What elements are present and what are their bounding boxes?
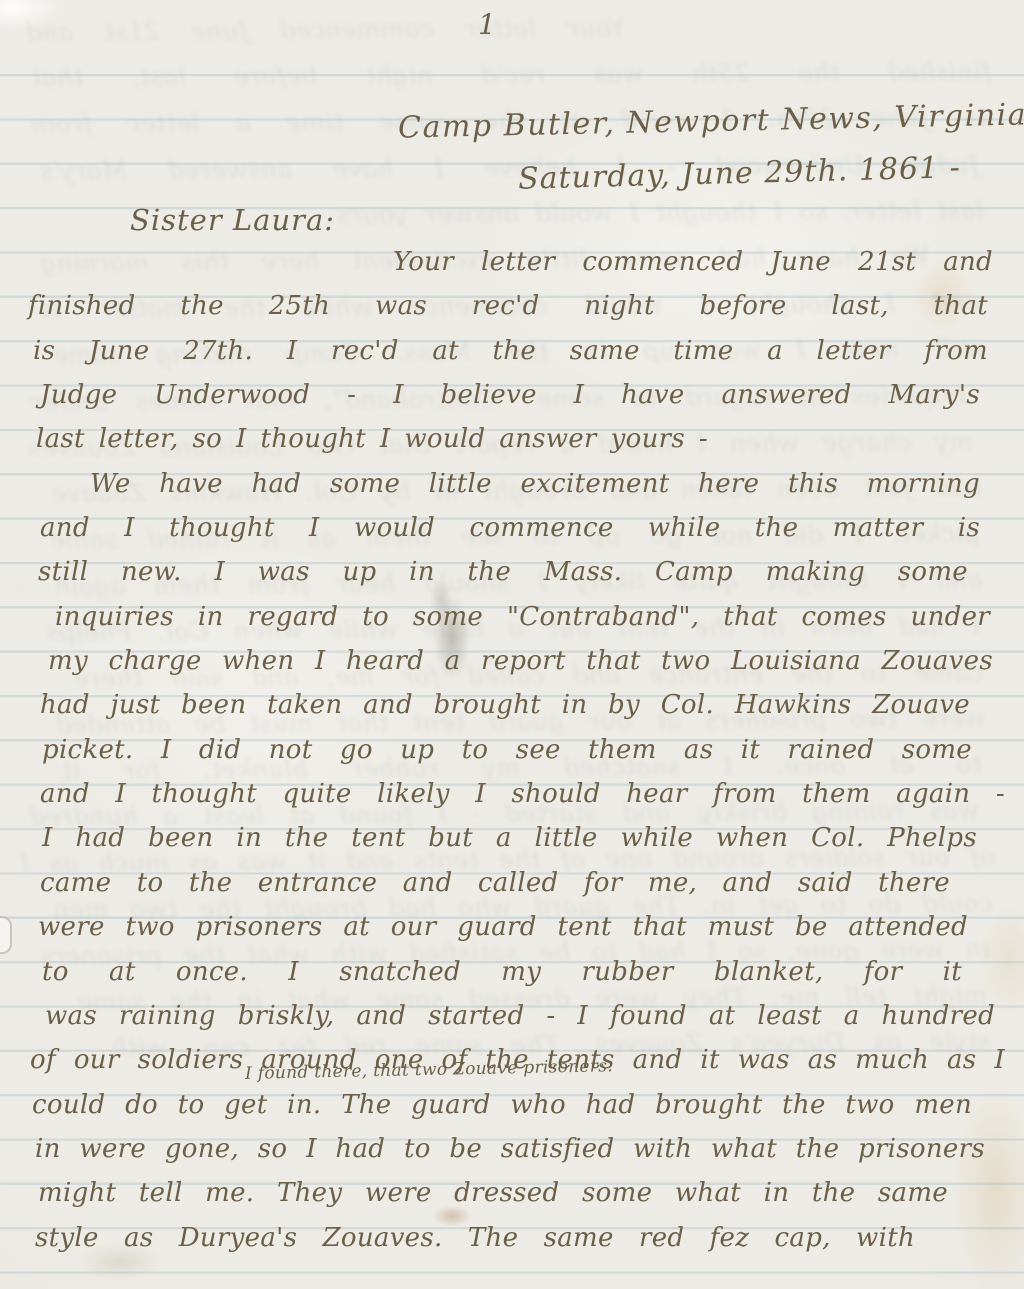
letter-line: inquiries in regard to some "Contraband"…: [55, 595, 990, 639]
letter-line: I had been in the tent but a little whil…: [42, 816, 977, 860]
letter-line: still new. I was up in the Mass. Camp ma…: [38, 550, 968, 594]
page-number: 1: [478, 8, 496, 41]
letter-line: finished the 25th was rec'd night before…: [28, 284, 988, 328]
letter-line: could do to get in. The guard who had br…: [32, 1083, 972, 1127]
letter-line: picket. I did not go up to see them as i…: [42, 728, 972, 772]
letter-line: had just been taken and brought in by Co…: [40, 683, 970, 727]
bleedthrough-line: finished the 25th was rec'd night before…: [31, 49, 991, 102]
letter-line: might tell me. They were dressed some wh…: [38, 1171, 948, 1215]
letter-line: came to the entrance and called for me, …: [40, 861, 950, 905]
bleedthrough-line: last letter, so I thought I would answer…: [312, 187, 984, 238]
letter-line: We have had some little excitement here …: [90, 462, 980, 506]
heading-date: Saturday, June 29th. 1861 -: [518, 150, 962, 197]
letter-page: Your letter commenced June 21st and fini…: [0, 0, 1024, 1289]
letter-line: to at once. I snatched my rubber blanket…: [42, 950, 962, 994]
letter-line: and I thought quite likely I should hear…: [40, 772, 1005, 816]
paper-fold-mark: [0, 916, 12, 954]
letter-line: Judge Underwood - I believe I have answe…: [40, 373, 980, 417]
letter-line: was raining briskly, and started - I fou…: [45, 994, 995, 1038]
letter-line: in were gone, so I had to be satisfied w…: [35, 1127, 985, 1171]
bleedthrough-line: Your letter commenced June 21st and: [25, 5, 625, 55]
letter-line: my charge when I heard a report that two…: [48, 639, 993, 683]
letter-line: Your letter commenced June 21st and: [393, 240, 993, 284]
letter-line: and I thought I would commence while the…: [40, 506, 980, 550]
body-lines: Your letter commenced June 21st and fini…: [28, 240, 994, 1260]
salutation: Sister Laura:: [130, 203, 335, 237]
letter-line: is June 27th. I rec'd at the same time a…: [33, 329, 988, 373]
letter-line: style as Duryea's Zouaves. The same red …: [35, 1216, 915, 1260]
letter-line: were two prisoners at our guard tent tha…: [38, 905, 968, 949]
heading-location: Camp Butler, Newport News, Virginia: [398, 97, 1024, 145]
letter-line: last letter, so I thought I would answer…: [36, 417, 708, 461]
